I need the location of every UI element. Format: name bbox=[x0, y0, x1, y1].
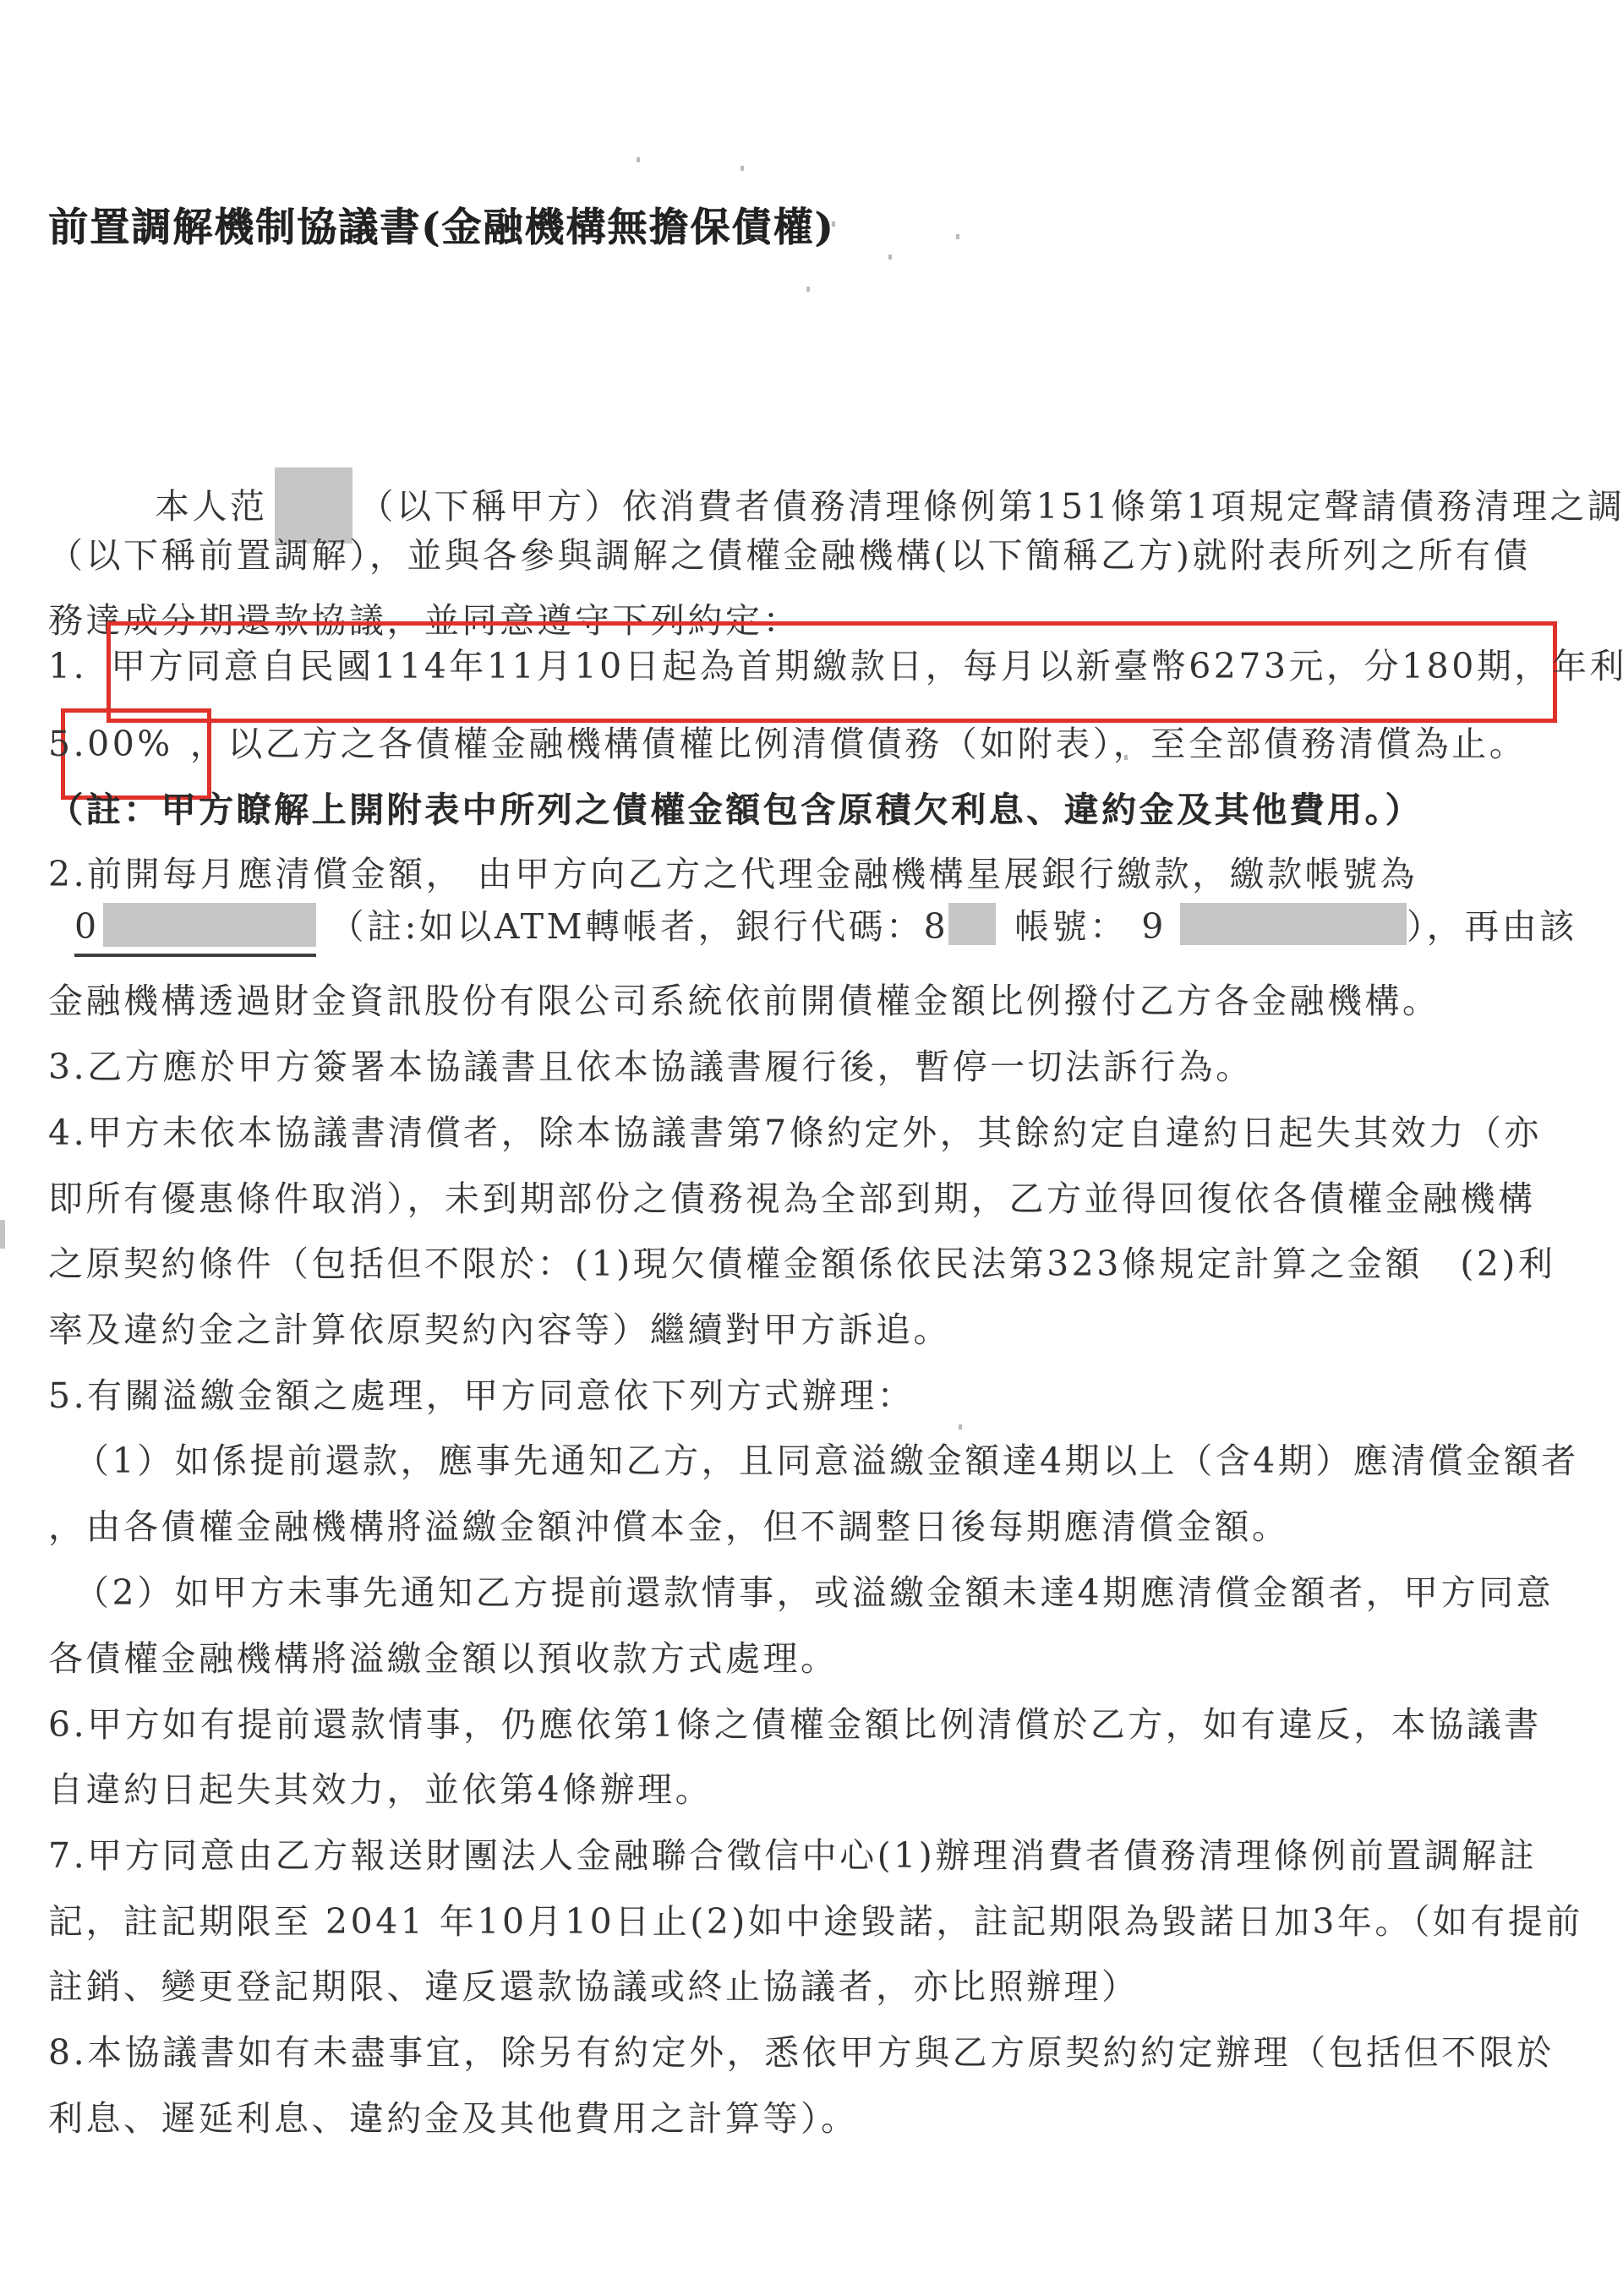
clause-4-line-3: 之原契約條件（包括但不限於：(1)現欠債權金額係依民法第323條規定計算之金額 … bbox=[48, 1242, 1555, 1286]
clause-7-line-3: 註銷、變更登記期限、違反還款協議或終止協議者，亦比照辦理） bbox=[48, 1965, 1139, 2009]
scan-speck bbox=[959, 1424, 962, 1430]
clause-5-line-4: （2）如甲方未事先通知乙方提前還款情事，或溢繳金額未達4期應清償金額者，甲方同意 bbox=[48, 1571, 1554, 1615]
payment-account-blank: 0 bbox=[74, 903, 316, 957]
clause-1-line-2: 5.00%，以乙方之各債權金融機構債權比例清償債務（如附表），至全部債務清償為止… bbox=[48, 722, 1527, 766]
clause-2-account-label: 帳號： 9 bbox=[1014, 906, 1167, 947]
clause-2-atm-note: （註:如以ATM轉帳者，銀行代碼：8 bbox=[330, 906, 949, 947]
redaction-account-box bbox=[103, 903, 316, 947]
scan-speck bbox=[740, 166, 744, 171]
clause-8-line-1: 8.本協議書如有未盡事宜，除另有約定外，悉依甲方與乙方原契約約定辦理（包括但不限… bbox=[48, 2031, 1555, 2075]
clause-6-line-1: 6.甲方如有提前還款情事，仍應依第1條之債權金額比例清償於乙方，如有違反，本協議… bbox=[48, 1703, 1542, 1747]
clause-3-line-1: 3.乙方應於甲方簽署本協議書且依本協議書履行後，暫停一切法訴行為。 bbox=[48, 1045, 1254, 1089]
clause-6-line-2: 自違約日起失其效力，並依第4條辦理。 bbox=[48, 1768, 713, 1812]
account-leading-digit: 0 bbox=[74, 906, 100, 947]
redaction-name-box bbox=[275, 467, 352, 544]
scan-speck bbox=[956, 234, 959, 239]
redaction-bank-code-box bbox=[948, 903, 996, 945]
clause-7-line-2: 記，註記期限至 2041 年10月10日止(2)如中途毀諾，註記期限為毀諾日加3… bbox=[48, 1900, 1583, 1943]
clause-1-line-2-rest: ，以乙方之各債權金融機構債權比例清償債務（如附表），至全部債務清償為止。 bbox=[190, 724, 1527, 764]
clause-2-line-2-tail: ），再由該 bbox=[1407, 906, 1577, 947]
scan-edge-artifact bbox=[0, 1220, 5, 1249]
clause-4-line-2: 即所有優惠條件取消），未到期部份之債務視為全部到期，乙方並得回復依各債權金融機構 bbox=[48, 1177, 1536, 1221]
clause-5-line-5: 各債權金融機構將溢繳金額以預收款方式處理。 bbox=[48, 1637, 839, 1681]
clause-1-number: 1. bbox=[48, 646, 87, 686]
clause-7-line-1: 7.甲方同意由乙方報送財團法人金融聯合徵信中心(1)辦理消費者債務清理條例前置調… bbox=[48, 1834, 1537, 1878]
clause-5-line-2: （1）如係提前還款，應事先通知乙方，且同意溢繳金額達4期以上（含4期）應清償金額… bbox=[48, 1439, 1579, 1483]
scan-speck bbox=[637, 157, 640, 162]
intro-line-1: 本人范（以下稱甲方）依消費者債務清理條例第151條第1項規定聲請債務清理之調解 bbox=[48, 467, 1623, 544]
intro-line-3: 務達成分期還款協議，並同意遵守下列約定： bbox=[48, 599, 801, 642]
clause-5-line-3: ，由各債權金融機構將溢繳金額沖償本金，但不調整日後每期應清償金額。 bbox=[48, 1505, 1290, 1549]
intro-line-1-post: （以下稱甲方）依消費者債務清理條例第151條第1項規定聲請債務清理之調解 bbox=[359, 486, 1623, 527]
clause-1-line-1: 1.甲方同意自民國114年11月10日起為首期繳款日，每月以新臺幣6273元，分… bbox=[48, 644, 1623, 688]
scan-speck bbox=[806, 287, 810, 292]
clause-2-line-1: 2.前開每月應清償金額， 由甲方向乙方之代理金融機構星展銀行繳款，繳款帳號為 bbox=[48, 852, 1418, 896]
scan-speck bbox=[888, 254, 892, 260]
clause-8-line-2: 利息、遲延利息、違約金及其他費用之計算等）。 bbox=[48, 2096, 859, 2140]
clause-1-note: （註：甲方瞭解上開附表中所列之債權金額包含原積欠利息、違約金及其他費用。） bbox=[48, 788, 1423, 832]
clause-2-line-2: 0（註:如以ATM轉帳者，銀行代碼：8帳號： 9），再由該 bbox=[48, 903, 1577, 957]
clause-1-rate-value: 5.00% bbox=[48, 724, 173, 764]
clause-2-line-3: 金融機構透過財金資訊股份有限公司系統依前開債權金額比例撥付乙方各金融機構。 bbox=[48, 979, 1440, 1023]
intro-line-1-pre: 本人范 bbox=[155, 486, 268, 527]
clause-4-line-4: 率及違約金之計算依原契約內容等）繼續對甲方訴追。 bbox=[48, 1308, 951, 1352]
scanned-agreement-page: 前置調解機制協議書(金融機構無擔保債權) 本人范（以下稱甲方）依消費者債務清理條… bbox=[0, 0, 1623, 2296]
redaction-account2-box bbox=[1180, 903, 1407, 945]
clause-4-line-1: 4.甲方未依本協議書清償者，除本協議書第7條約定外，其餘約定自違約日起失其效力（… bbox=[48, 1111, 1542, 1155]
intro-line-2: （以下稱前置調解），並與各參與調解之債權金融機構(以下簡稱乙方)就附表所列之所有… bbox=[48, 533, 1531, 577]
clause-5-line-1: 5.有關溢繳金額之處理，甲方同意依下列方式辦理： bbox=[48, 1374, 915, 1418]
clause-1-boxed-text: 甲方同意自民國114年11月10日起為首期繳款日，每月以新臺幣6273元，分18… bbox=[111, 646, 1623, 686]
document-title: 前置調解機制協議書(金融機構無擔保債權) bbox=[48, 206, 834, 250]
